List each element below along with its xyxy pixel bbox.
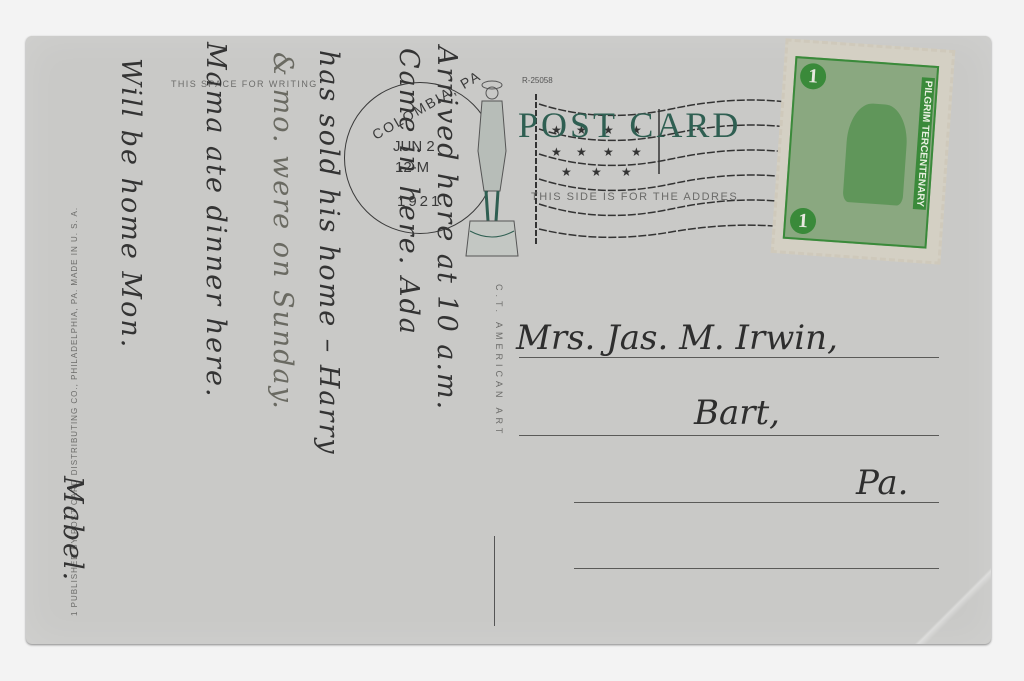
stamp-denomination-bottom: 1 (789, 207, 817, 235)
recipient-name: Mrs. Jas. M. Irwin, (516, 318, 838, 358)
message-line-3: has sold his home – Harry (313, 50, 344, 456)
address-line-4 (574, 568, 939, 569)
svg-text:★: ★ (621, 165, 632, 179)
message-signature: Mabel. (57, 476, 88, 582)
address-line-2 (519, 435, 939, 436)
message-line-5: Mama ate dinner here. (200, 42, 231, 399)
postmark-time: 12-M (395, 159, 429, 176)
recipient-town: Bart, (694, 393, 780, 433)
svg-text:★: ★ (576, 145, 587, 159)
divider-text: C.T. AMERICAN ART (494, 284, 504, 437)
svg-text:★: ★ (603, 145, 614, 159)
postmark-date: JUN 2 (393, 138, 435, 155)
svg-text:★: ★ (631, 145, 642, 159)
stamp-denomination-top: 1 (799, 62, 827, 90)
svg-text:★: ★ (561, 165, 572, 179)
svg-text:★: ★ (591, 165, 602, 179)
ship-illustration (842, 102, 909, 206)
postcard-title: POST CARD (518, 104, 741, 146)
postmark-year: 1921 (397, 193, 442, 210)
recipient-state: Pa. (856, 463, 908, 503)
divider-line (494, 536, 495, 626)
statue-illustration (462, 71, 522, 261)
message-line-6: Will be home Mon. (115, 58, 146, 349)
message-line-4: & mo. were on Sunday. (267, 52, 298, 411)
stamp-title: PILGRIM TERCENTENARY (912, 77, 934, 210)
postcard-back: THIS SPACE FOR WRITING 1 PUBLISHED BY PO… (26, 36, 991, 644)
svg-text:★: ★ (551, 145, 562, 159)
series-code: R-25058 (522, 76, 553, 85)
address-side-header: THIS SIDE IS FOR THE ADDRES (531, 191, 738, 203)
postage-stamp: 1 1 PILGRIM TERCENTENARY (771, 38, 956, 264)
